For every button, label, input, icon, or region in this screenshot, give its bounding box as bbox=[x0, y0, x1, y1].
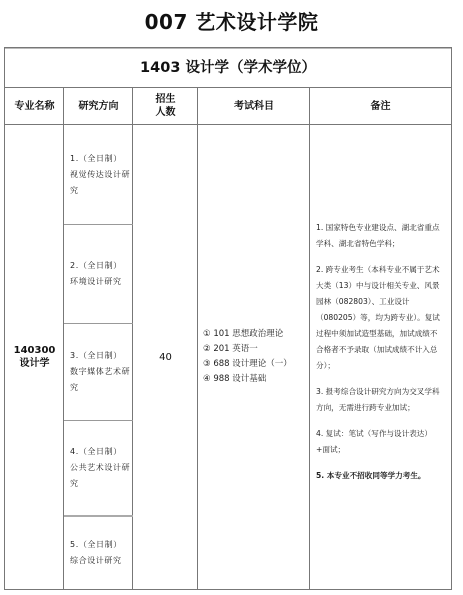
note-item: 3. 报考综合设计研究方向为交叉学科方向，无需进行跨专业加试； bbox=[316, 384, 445, 416]
header-exams-label: 考试科目 bbox=[234, 100, 274, 113]
exams-cell: ① 101 思想政治理论 ② 201 英语一 ③ 688 设计理论（一） ④ 9… bbox=[198, 125, 310, 589]
header-quota-line2: 人数 bbox=[156, 106, 176, 119]
header-notes: 备注 bbox=[310, 88, 451, 125]
direction-mode: 3.（全日制） bbox=[70, 348, 133, 364]
direction-item: 1.（全日制） 视觉传达设计研究 bbox=[64, 125, 133, 224]
direction-name: 综合设计研究 bbox=[70, 553, 133, 569]
exam-item: ② 201 英语一 bbox=[203, 342, 310, 357]
note-item: 5. 本专业不招收同等学力考生。 bbox=[316, 468, 445, 484]
direction-mode: 2.（全日制） bbox=[70, 258, 133, 274]
exam-item: ① 101 思想政治理论 bbox=[203, 327, 310, 342]
direction-item: 3.（全日制） 数字媒体艺术研究 bbox=[64, 324, 133, 420]
quota-value: 40 bbox=[159, 352, 172, 363]
header-quota-line1: 招生 bbox=[156, 93, 176, 106]
exam-item: ③ 688 设计理论（一） bbox=[203, 357, 310, 372]
header-direction: 研究方向 bbox=[64, 88, 133, 125]
note-item: 4. 复试：笔试（写作与设计表达）+面试； bbox=[316, 426, 445, 458]
direction-name: 公共艺术设计研究 bbox=[70, 460, 133, 492]
header-exams: 考试科目 bbox=[198, 88, 310, 125]
major-code: 140300 bbox=[14, 344, 56, 357]
header-notes-label: 备注 bbox=[371, 100, 391, 113]
direction-item: 4.（全日制） 公共艺术设计研究 bbox=[64, 421, 133, 515]
section-title: 1403 设计学（学术学位） bbox=[5, 48, 451, 88]
direction-name: 数字媒体艺术研究 bbox=[70, 364, 133, 396]
direction-mode: 5.（全日制） bbox=[70, 537, 133, 553]
quota-cell: 40 bbox=[133, 125, 198, 589]
direction-name: 环境设计研究 bbox=[70, 274, 133, 290]
direction-mode: 1.（全日制） bbox=[70, 151, 133, 167]
direction-item: 5.（全日制） 综合设计研究 bbox=[64, 517, 133, 589]
major-name: 设计学 bbox=[20, 357, 50, 370]
direction-mode: 4.（全日制） bbox=[70, 444, 133, 460]
page-title: 007 艺术设计学院 bbox=[0, 8, 463, 36]
admissions-table: 1403 设计学（学术学位） 专业名称 研究方向 招生 人数 考试科目 备注 1… bbox=[4, 47, 452, 590]
note-item: 2. 跨专业考生（本科专业不属于艺术大类（13）中与设计相关专业、风景园林（08… bbox=[316, 262, 445, 374]
note-item: 1. 国家特色专业建设点、湖北省重点学科、湖北省特色学科； bbox=[316, 220, 445, 252]
header-major: 专业名称 bbox=[5, 88, 64, 125]
header-quota: 招生 人数 bbox=[133, 88, 198, 125]
direction-item: 2.（全日制） 环境设计研究 bbox=[64, 225, 133, 323]
header-direction-label: 研究方向 bbox=[79, 100, 119, 113]
exam-item: ④ 988 设计基础 bbox=[203, 372, 310, 387]
notes-cell: 1. 国家特色专业建设点、湖北省重点学科、湖北省特色学科； 2. 跨专业考生（本… bbox=[310, 125, 451, 589]
header-major-label: 专业名称 bbox=[15, 100, 55, 113]
direction-name: 视觉传达设计研究 bbox=[70, 167, 133, 199]
major-cell: 140300 设计学 bbox=[5, 125, 64, 589]
